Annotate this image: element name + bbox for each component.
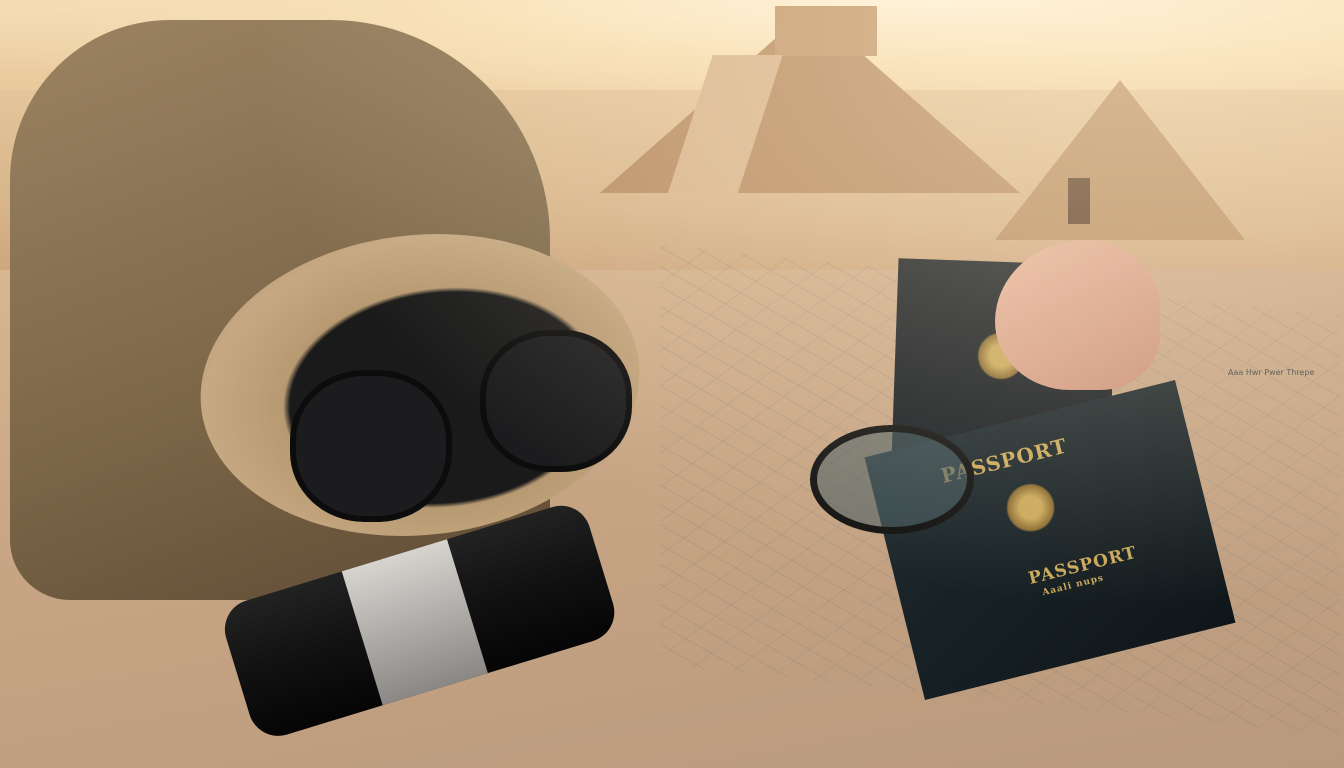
- map-legend-text: Aaa Hwr Pwer Threpe: [1228, 368, 1314, 377]
- eagle-emblem-icon: [997, 477, 1065, 538]
- stepped-pyramid-small: [995, 80, 1245, 240]
- magnifying-glass: [810, 425, 974, 534]
- pyramid-temple-top: [775, 6, 877, 56]
- pyramid-doorway: [1068, 178, 1090, 224]
